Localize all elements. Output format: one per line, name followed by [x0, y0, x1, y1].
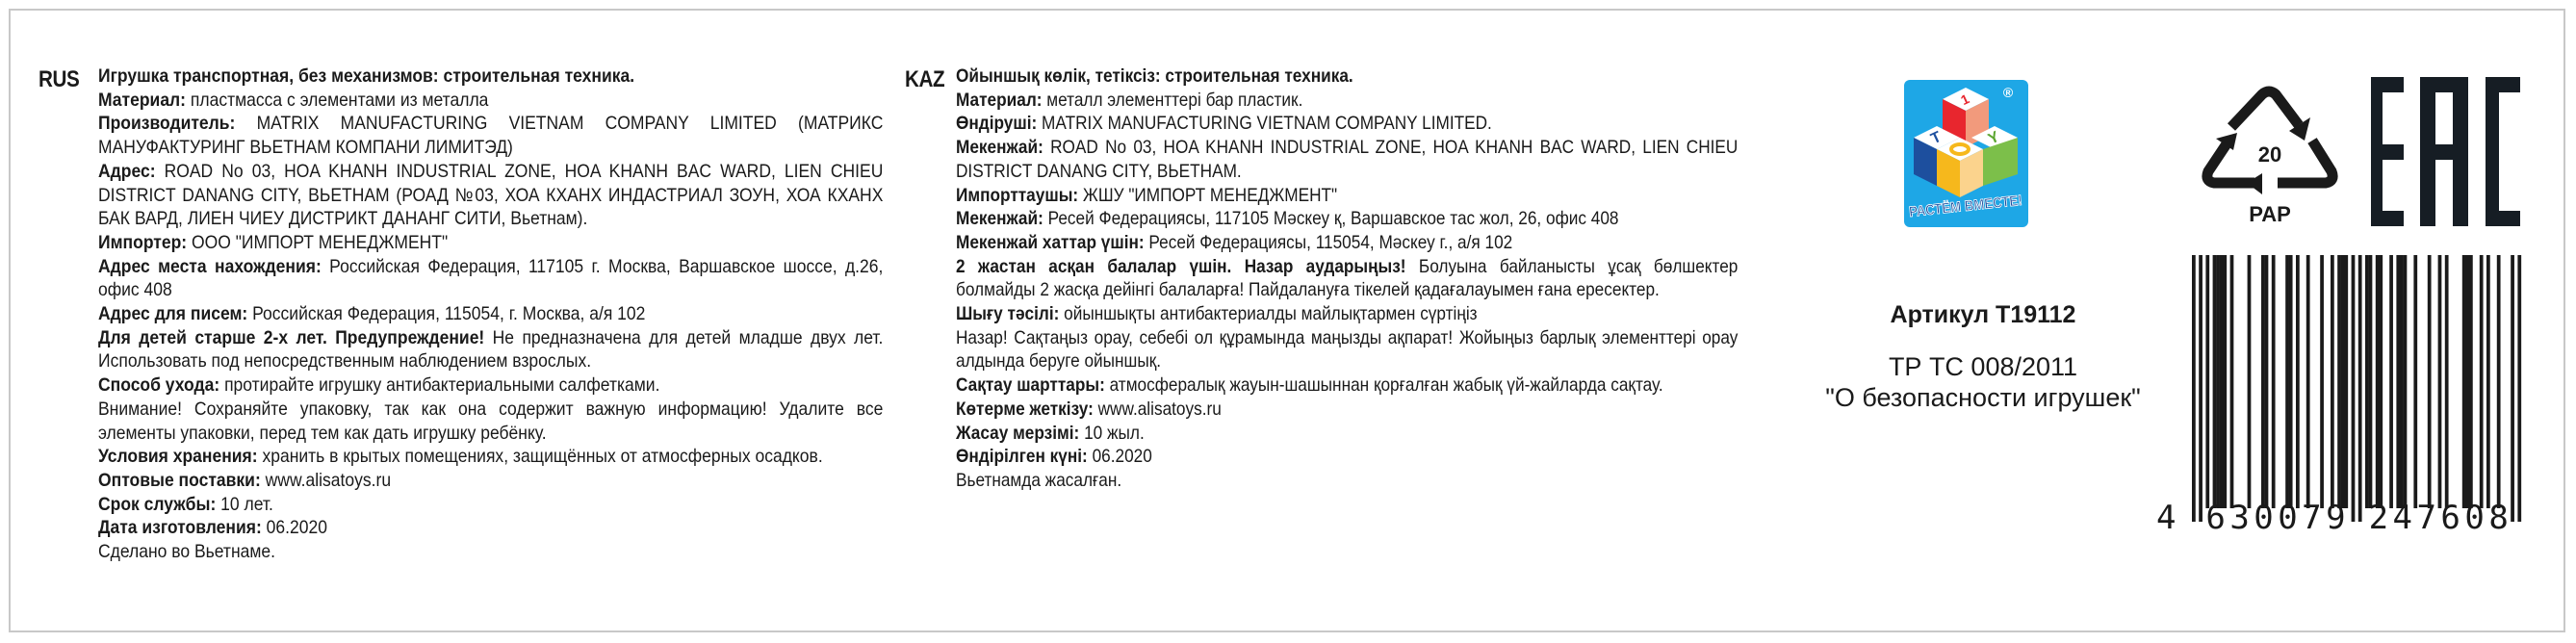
info-value: хранить в крытых помещениях, защищённых … — [258, 446, 823, 467]
info-label: Ойыншық көлік, тетіксіз: строительная те… — [956, 65, 1353, 87]
info-label: Для детей старше 2-х лет. Предупреждение… — [98, 327, 484, 348]
info-label: Мекенжай: — [956, 137, 1043, 158]
lang-code-rus: RUS — [39, 66, 79, 93]
info-value: металл элементтері бар пластик. — [1043, 90, 1303, 111]
info-label: Игрушка транспортная, без механизмов: ст… — [98, 65, 634, 87]
info-label: Өндірілген күні: — [956, 446, 1088, 467]
info-value: атмосфералық жауын-шашыннан қорғалған жа… — [1105, 374, 1663, 396]
info-line: Өндіруші: MATRIX MANUFACTURING VIETNAM C… — [956, 112, 1738, 136]
info-label: Оптовые поставки: — [98, 470, 261, 491]
info-value: Ресей Федерациясы, 115054, Мәскеу г., а/… — [1145, 232, 1513, 253]
info-line: Сақтау шарттары: атмосфералық жауын-шашы… — [956, 373, 1738, 398]
info-line: Адрес места нахождения: Российская Федер… — [98, 255, 883, 302]
info-line: Мекенжай хаттар үшін: Ресей Федерациясы,… — [956, 231, 1738, 255]
info-line: Назар! Сақтаңыз орау, себебі ол құрамынд… — [956, 326, 1738, 373]
recycle-triangle-icon: 20 PAP — [2199, 81, 2339, 235]
info-line: Внимание! Сохраняйте упаковку, так как о… — [98, 398, 883, 445]
info-line: Ойыншық көлік, тетіксіз: строительная те… — [956, 64, 1738, 89]
info-value: Внимание! Сохраняйте упаковку, так как о… — [98, 399, 883, 444]
info-line: Адрес для писем: Российская Федерация, 1… — [98, 302, 883, 326]
info-value: ЖШУ "ИМПОРТ МЕНЕДЖМЕНТ" — [1078, 185, 1337, 206]
barcode-bars-icon: 4630079247608 — [2147, 252, 2532, 531]
info-label: Мекенжай хаттар үшін: — [956, 232, 1145, 253]
info-value: 10 жыл. — [1079, 423, 1144, 444]
info-line: Сделано во Вьетнаме. — [98, 540, 883, 564]
regulation-title: "О безопасности игрушек" — [1790, 382, 2176, 413]
info-label: Сақтау шарттары: — [956, 374, 1105, 396]
info-label: Адрес места нахождения: — [98, 256, 322, 277]
info-label: Дата изготовления: — [98, 517, 262, 538]
info-label: Шығу тәсілі: — [956, 303, 1059, 324]
info-value: 06.2020 — [262, 517, 327, 538]
barcode-digits: 630079 — [2205, 499, 2345, 531]
info-label: Адрес для писем: — [98, 303, 247, 324]
info-value: www.alisatoys.ru — [1094, 399, 1222, 420]
info-line: 2 жастан асқан балалар үшін. Назар аудар… — [956, 255, 1738, 302]
info-line: Условия хранения: хранить в крытых помещ… — [98, 445, 883, 469]
info-value: Вьетнамда жасалған. — [956, 470, 1121, 491]
info-label: Материал: — [956, 90, 1043, 111]
svg-text:20: 20 — [2258, 142, 2281, 167]
barcode-digits: 4 — [2156, 499, 2176, 531]
info-label: Импорттаушы: — [956, 185, 1078, 206]
info-value: Назар! Сақтаңыз орау, себебі ол құрамынд… — [956, 327, 1738, 373]
svg-text:PAP: PAP — [2249, 202, 2291, 226]
info-label: Материал: — [98, 90, 186, 111]
info-line: Жасау мерзімі: 10 жыл. — [956, 422, 1738, 446]
info-value: Российская Федерация, 115054, г. Москва,… — [247, 303, 645, 324]
rus-text-block: Игрушка транспортная, без механизмов: ст… — [98, 64, 883, 564]
info-value: протирайте игрушку антибактериальными са… — [219, 374, 659, 396]
info-value: MATRIX MANUFACTURING VIETNAM COMPANY LIM… — [1037, 113, 1492, 134]
info-label: Өндіруші: — [956, 113, 1037, 134]
info-value: Сделано во Вьетнаме. — [98, 541, 275, 562]
info-value: Ресей Федерациясы, 117105 Мәскеу қ, Варш… — [1043, 208, 1619, 229]
info-value: 06.2020 — [1088, 446, 1152, 467]
info-label: 2 жастан асқан балалар үшін. Назар аудар… — [956, 256, 1406, 277]
info-label: Көтерме жеткізу: — [956, 399, 1094, 420]
info-line: Өндірілген күні: 06.2020 — [956, 445, 1738, 469]
info-label: Адрес: — [98, 161, 156, 182]
info-value: 10 лет. — [216, 494, 273, 515]
info-value: пластмасса с элементами из металла — [186, 90, 488, 111]
info-label: Условия хранения: — [98, 446, 258, 467]
info-label: Производитель: — [98, 113, 235, 134]
info-label: Способ ухода: — [98, 374, 219, 396]
info-value: ROAD No 03, HOA KHANH INDUSTRIAL ZONE, H… — [98, 161, 883, 229]
article-number: Артикул T19112 — [1810, 301, 2156, 329]
info-line: Импортер: ООО "ИМПОРТ МЕНЕДЖМЕНТ" — [98, 231, 883, 255]
info-line: Для детей старше 2-х лет. Предупреждение… — [98, 326, 883, 373]
info-line: Материал: пластмасса с элементами из мет… — [98, 89, 883, 113]
info-line: Материал: металл элементтері бар пластик… — [956, 89, 1738, 113]
1toy-cube-logo-icon: ® 1 T Y РАСТЁМ ВМЕСТЕ! — [1904, 80, 2028, 227]
ean13-barcode: 4630079247608 — [2147, 252, 2532, 531]
info-line: Мекенжай: Ресей Федерациясы, 117105 Мәск… — [956, 207, 1738, 231]
info-line: Вьетнамда жасалған. — [956, 469, 1738, 493]
technical-regulation: ТР ТС 008/2011 "О безопасности игрушек" — [1790, 351, 2176, 413]
info-label: Жасау мерзімі: — [956, 423, 1079, 444]
info-line: Импорттаушы: ЖШУ "ИМПОРТ МЕНЕДЖМЕНТ" — [956, 184, 1738, 208]
brand-logo: ® 1 T Y РАСТЁМ ВМЕСТЕ! — [1904, 80, 2028, 227]
info-value: www.alisatoys.ru — [261, 470, 391, 491]
info-line: Способ ухода: протирайте игрушку антибак… — [98, 373, 883, 398]
info-label: Мекенжай: — [956, 208, 1043, 229]
info-value: ООО "ИМПОРТ МЕНЕДЖМЕНТ" — [187, 232, 448, 253]
info-line: Оптовые поставки: www.alisatoys.ru — [98, 469, 883, 493]
info-value: ойыншықты антибактериалды майлықтармен с… — [1059, 303, 1477, 324]
svg-text:®: ® — [2003, 85, 2014, 100]
regulation-code: ТР ТС 008/2011 — [1790, 351, 2176, 382]
lang-code-kaz: KAZ — [905, 66, 944, 93]
info-line: Шығу тәсілі: ойыншықты антибактериалды м… — [956, 302, 1738, 326]
info-label: Импортер: — [98, 232, 187, 253]
info-label: Срок службы: — [98, 494, 216, 515]
info-line: Адрес: ROAD No 03, HOA KHANH INDUSTRIAL … — [98, 160, 883, 231]
eac-mark — [2371, 77, 2520, 226]
info-line: Срок службы: 10 лет. — [98, 493, 883, 517]
info-line: Көтерме жеткізу: www.alisatoys.ru — [956, 398, 1738, 422]
info-value: ROAD No 03, HOA KHANH INDUSTRIAL ZONE, H… — [956, 137, 1738, 182]
recycle-symbol: 20 PAP — [2199, 81, 2339, 235]
info-line: Дата изготовления: 06.2020 — [98, 516, 883, 540]
info-line: Игрушка транспортная, без механизмов: ст… — [98, 64, 883, 89]
kaz-text-block: Ойыншық көлік, тетіксіз: строительная те… — [956, 64, 1738, 493]
eac-conformity-mark-icon — [2371, 77, 2520, 226]
info-line: Мекенжай: ROAD No 03, HOA KHANH INDUSTRI… — [956, 136, 1738, 183]
info-line: Производитель: MATRIX MANUFACTURING VIET… — [98, 112, 883, 159]
